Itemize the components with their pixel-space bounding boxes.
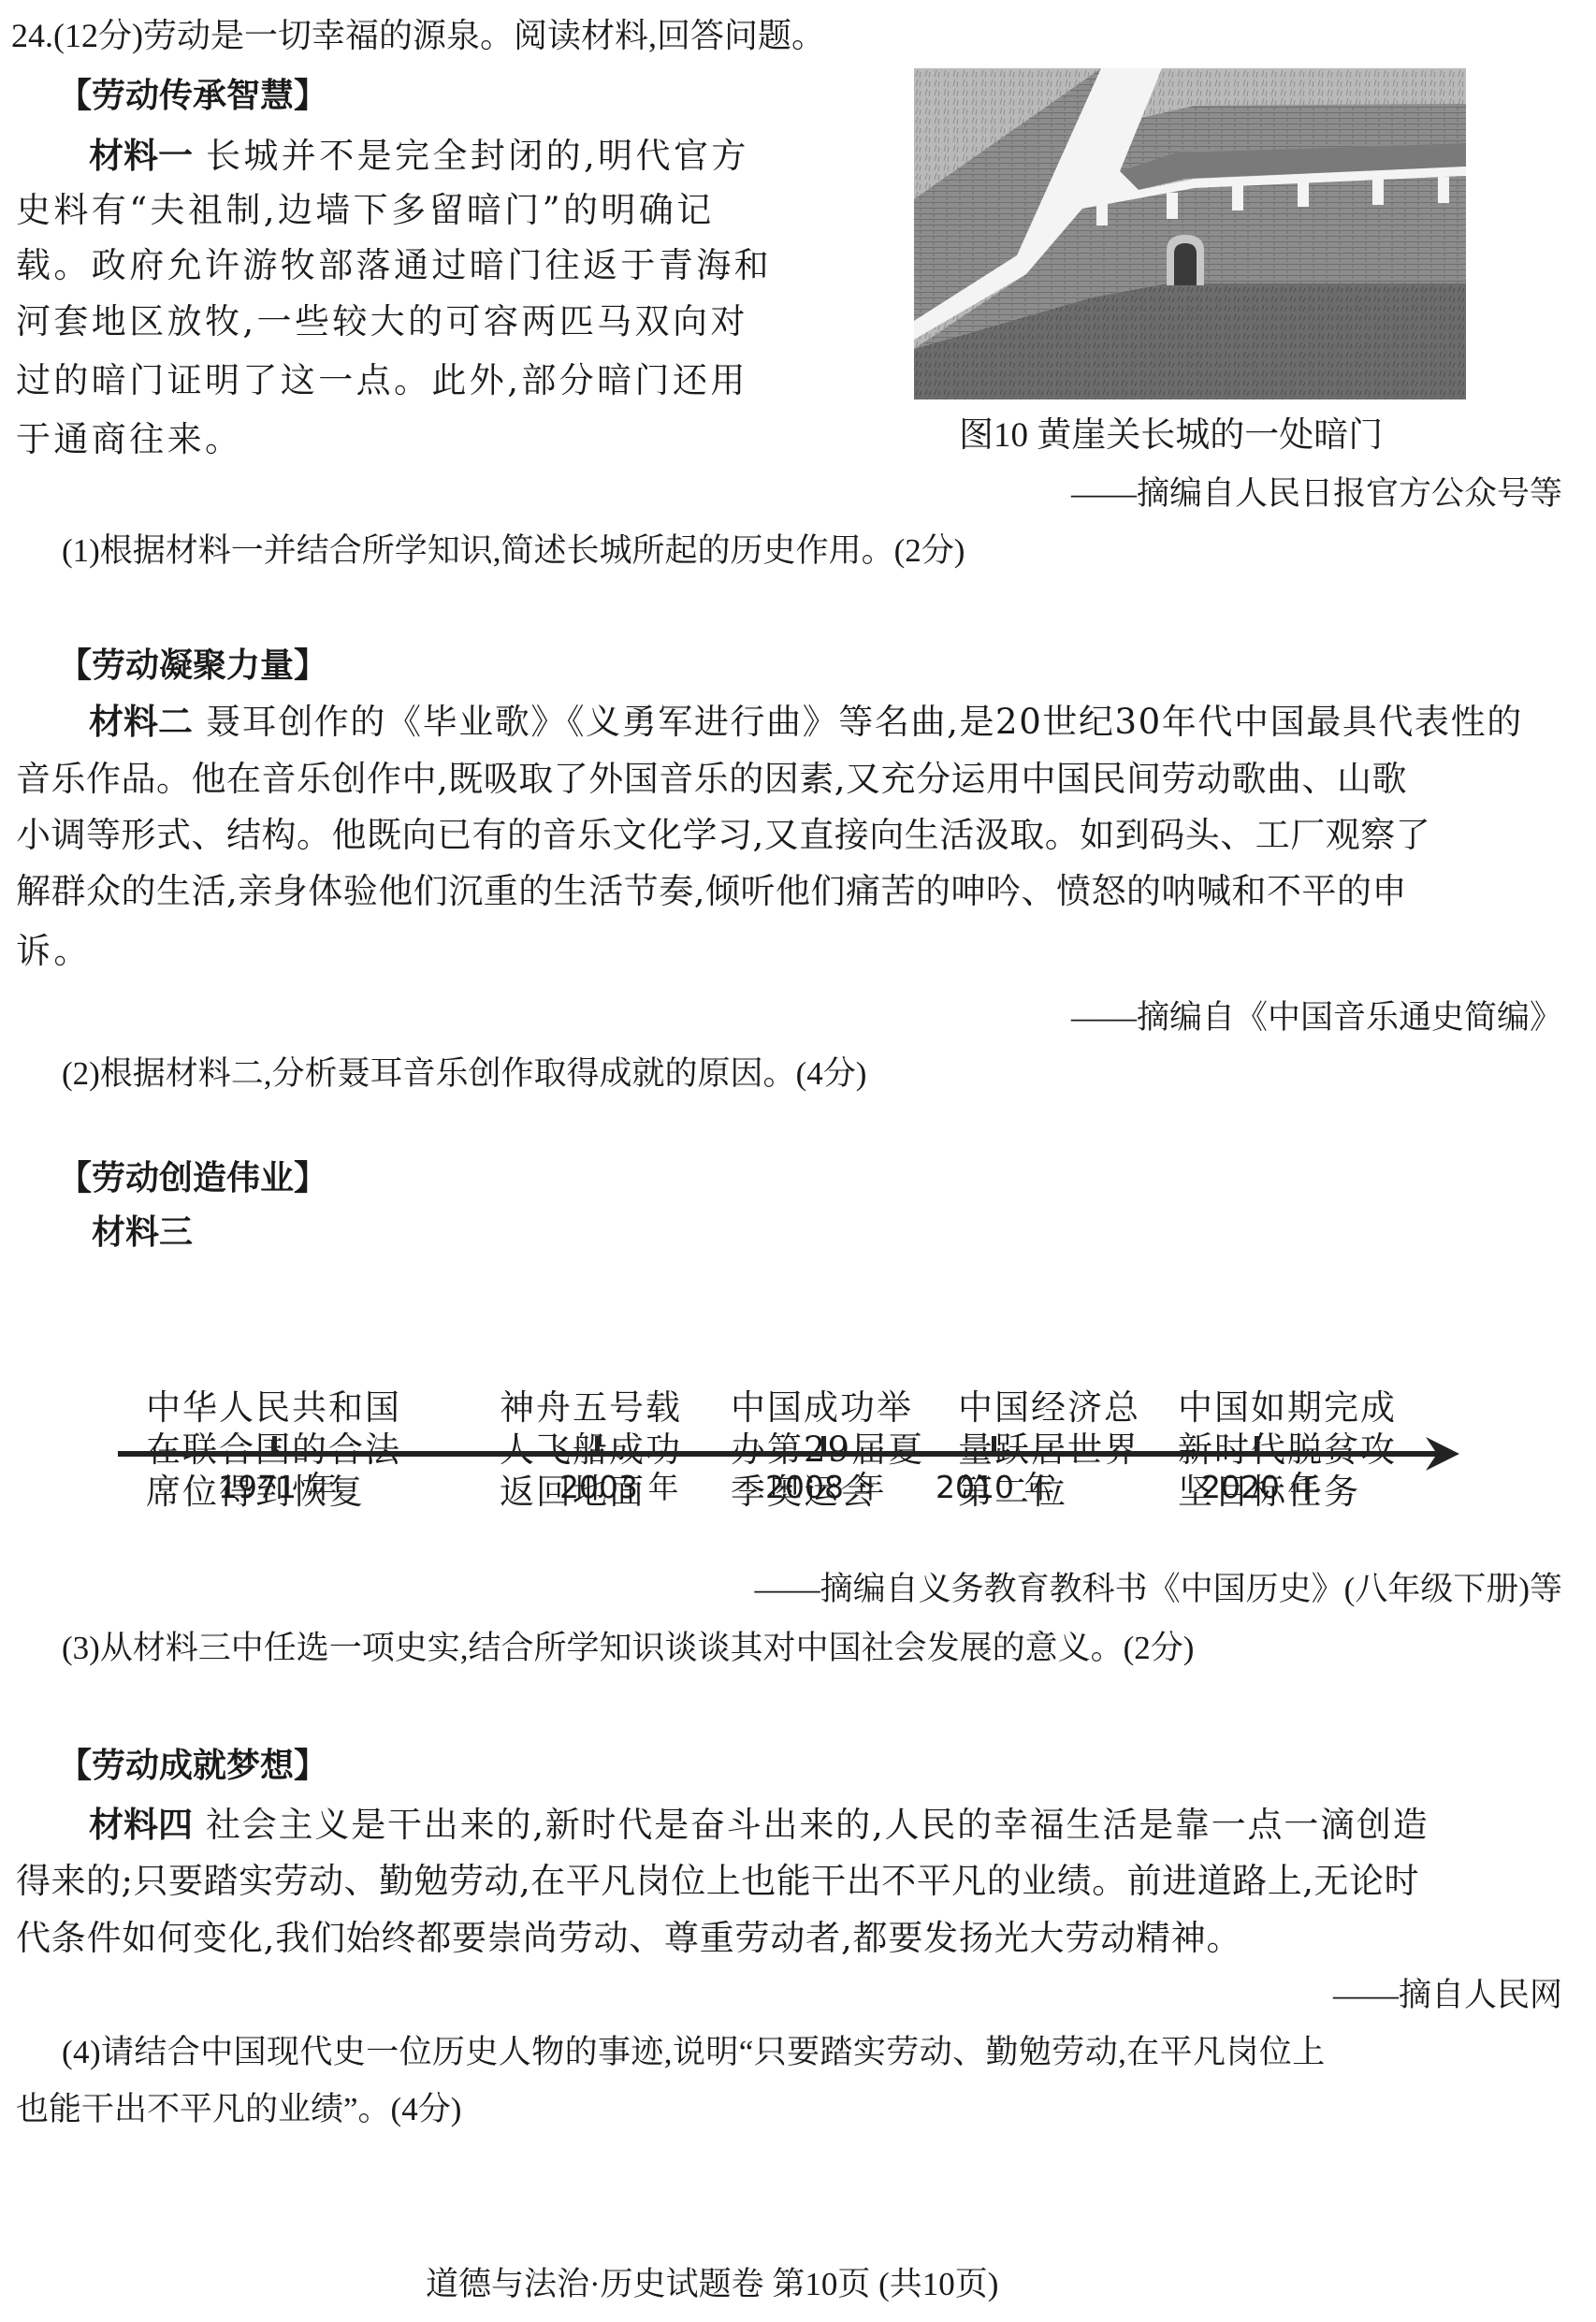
material-2-line-4: 诉。	[16, 931, 92, 972]
great-wall-photo	[914, 68, 1466, 399]
section-heading-1: 【劳动传承智慧】	[58, 76, 327, 117]
timeline-event-2008: 中国成功举办第29届夏季奥运会	[731, 1302, 924, 1597]
figure-caption: 图10 黄崖关长城的一处暗门	[959, 415, 1383, 457]
material-label: 材料二	[89, 702, 193, 742]
material-2-line-0: 材料二聂耳创作的《毕业歌》《义勇军进行曲》等名曲,是20世纪30年代中国最具代表…	[89, 702, 1523, 743]
timeline-event-2020: 中国如期完成新时代脱贫攻坚目标任务	[1178, 1302, 1397, 1597]
timeline-event-2010: 中国经济总量跃居世界第二位	[958, 1302, 1140, 1597]
material-1-line-1: 史料有“夫祖制,边墙下多留暗门”的明确记	[16, 190, 715, 231]
material-4-line-1: 得来的;只要踏实劳动、勤勉劳动,在平凡岗位上也能干出不平凡的业绩。前进道路上,无…	[16, 1861, 1419, 1902]
timeline-tick-2008	[821, 1436, 826, 1455]
question-1: (1)根据材料一并结合所学知识,简述长城所起的历史作用。(2分)	[62, 530, 965, 572]
timeline-axis-arrow	[112, 1431, 533, 1432]
section-heading-4: 【劳动成就梦想】	[58, 1746, 327, 1787]
great-wall-image	[914, 68, 1466, 399]
question-2: (2)根据材料二,分析聂耳音乐创作取得成就的原因。(4分)	[62, 1053, 866, 1095]
material-1-source: ——摘编自人民日报官方公众号等	[1071, 473, 1562, 515]
section-heading-3: 【劳动创造伟业】	[58, 1158, 327, 1199]
material-2-line-2: 小调等形式、结构。他既向已有的音乐文化学习,又直接向生活汲取。如到码头、工厂观察…	[16, 815, 1430, 856]
timeline-tick-2003	[595, 1436, 600, 1455]
timeline-year-2003: 2003 年	[559, 1469, 678, 1506]
material-3-source: ——摘编自义务教育教科书《中国历史》(八年级下册)等	[755, 1569, 1562, 1610]
timeline-tick-2010	[992, 1436, 996, 1455]
timeline-year-2010: 2010 年	[936, 1469, 1054, 1506]
timeline-year-2020: 2020 年	[1201, 1469, 1320, 1506]
page-footer: 道德与法治·历史试题卷 第10页 (共10页)	[426, 2264, 998, 2305]
timeline-tick-2020	[1255, 1436, 1259, 1455]
timeline-year-1971: 1971 年	[218, 1469, 337, 1506]
material-4-line-0: 材料四社会主义是干出来的,新时代是奋斗出来的,人民的幸福生活是靠一点一滴创造	[89, 1805, 1429, 1846]
material-label: 材料四	[89, 1805, 193, 1845]
material-label: 材料一	[89, 136, 193, 176]
timeline-tick-1971	[272, 1436, 277, 1455]
material-label-3: 材料三	[92, 1212, 193, 1254]
material-1-line-4: 过的暗门证明了这一点。此外,部分暗门还用	[16, 360, 748, 401]
timeline-year-2008: 2008 年	[765, 1469, 884, 1506]
question-title: 24.(12分)劳动是一切幸福的源泉。阅读材料,回答问题。	[11, 15, 825, 56]
material-4-source: ——摘自人民网	[1333, 1975, 1562, 2016]
timeline-axis	[118, 1451, 1437, 1457]
material-1-line-5: 于通商往来。	[16, 419, 242, 460]
section-heading-2: 【劳动凝聚力量】	[58, 646, 327, 687]
material-2-line-3: 解群众的生活,亲身体验他们沉重的生活节奏,倾听他们痛苦的呻吟、愤怒的呐喊和不平的…	[16, 871, 1407, 912]
question-4-line-0: (4)请结合中国现代史一位历史人物的事迹,说明“只要踏实劳动、勤勉劳动,在平凡岗…	[62, 2032, 1326, 2073]
material-1-line-2: 载。政府允许游牧部落通过暗门往返于青海和	[16, 245, 772, 286]
arrow-right-icon	[1426, 1437, 1463, 1471]
timeline-event-2003: 神舟五号载人飞船成功返回地面	[500, 1302, 682, 1597]
material-2-line-1: 音乐作品。他在音乐创作中,既吸取了外国音乐的因素,又充分运用中国民间劳动歌曲、山…	[16, 759, 1407, 800]
material-2-source: ——摘编自《中国音乐通史简编》	[1071, 997, 1562, 1038]
question-4-line-1: 也能干出不平凡的业绩”。(4分)	[16, 2089, 461, 2130]
material-1-line-3: 河套地区放牧,一些较大的可容两匹马双向对	[16, 301, 748, 342]
material-4-line-2: 代条件如何变化,我们始终都要崇尚劳动、尊重劳动者,都要发扬光大劳动精神。	[16, 1918, 1241, 1959]
question-3: (3)从材料三中任选一项史实,结合所学知识谈谈其对中国社会发展的意义。(2分)	[62, 1628, 1194, 1669]
material-1-line-0: 材料一长城并不是完全封闭的,明代官方	[89, 136, 749, 177]
